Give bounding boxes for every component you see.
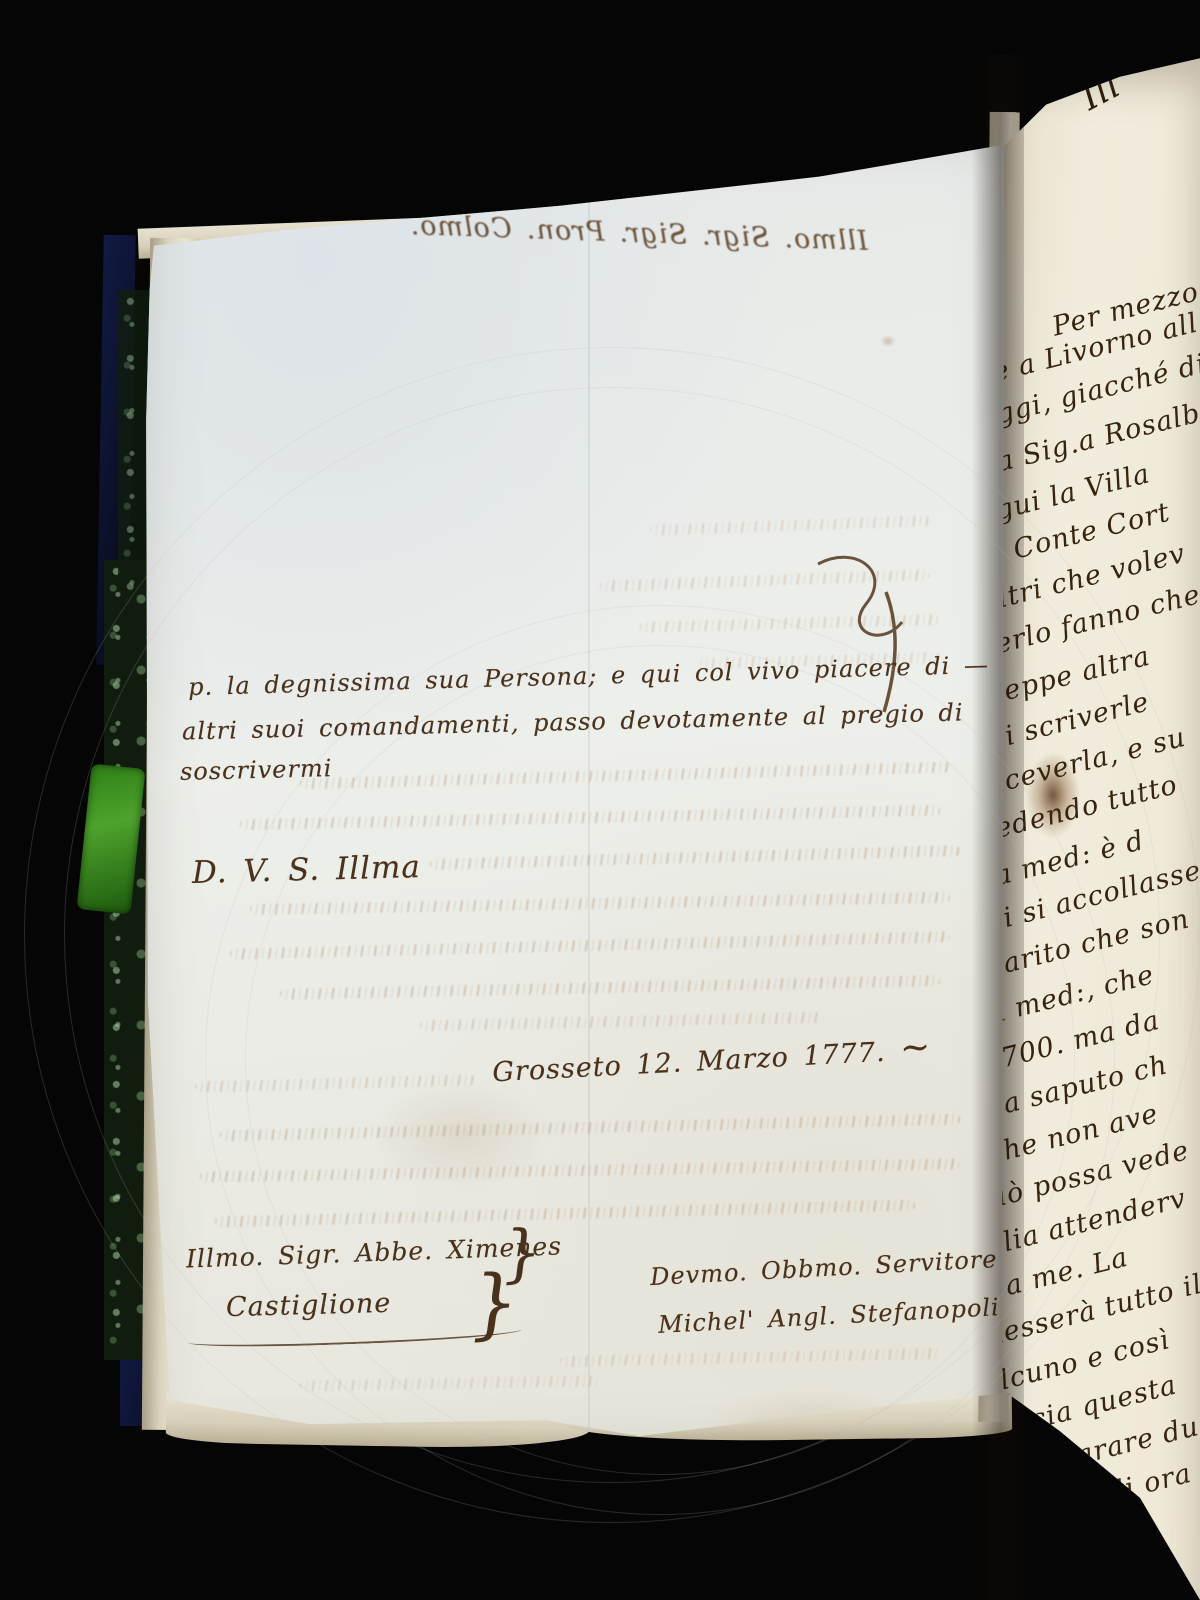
bleedthrough-header: Illmo. Sigr. Sigr. Pron. Colmo.: [410, 210, 869, 257]
foxing-spot: [880, 335, 896, 347]
bleedthrough-line: [280, 975, 940, 1000]
bleedthrough-line: [300, 1375, 600, 1391]
bleedthrough-line: [560, 1348, 940, 1367]
right-corner-fragment: Ill: [1075, 65, 1127, 118]
bleedthrough-line: [250, 892, 950, 915]
bleedthrough-line: [650, 515, 930, 536]
bleedthrough-line: [200, 1158, 960, 1182]
dateline-text: Grosseto 12. Marzo 1777.: [492, 1037, 887, 1089]
right-page: Ill Per mezzo di e a Livorno all oggi, g…: [998, 52, 1200, 1600]
bleedthrough-line: [420, 1012, 820, 1031]
bleedthrough-line: [300, 761, 950, 789]
bleedthrough-line: [430, 845, 960, 870]
bleedthrough-line: [230, 931, 950, 960]
bleedthrough-line: [240, 805, 940, 831]
address-brace: }: [468, 1257, 522, 1348]
photograph-of-manuscript: Illmo. Sigr. Sigr. Pron. Colmo. p. la de…: [0, 0, 1200, 1600]
address-line: Castiglione: [226, 1288, 392, 1323]
salutation: D. V. S. Illma: [192, 849, 422, 891]
date-flourish: ~: [899, 1027, 927, 1069]
body-line: altri suoi comandamenti, passo devotamen…: [182, 698, 964, 745]
closing-line: Devmo. Obbmo. Servitore: [650, 1245, 999, 1291]
bleedthrough-line: [220, 1114, 960, 1142]
right-page-line: inacendoli ora: [984, 1458, 1195, 1539]
closing-line: Michel' Angl. Stefanopoli: [658, 1293, 1001, 1339]
left-page: Illmo. Sigr. Sigr. Pron. Colmo. p. la de…: [140, 130, 1015, 1460]
ink-scribble: [790, 550, 940, 720]
body-line: soscrivermi: [180, 754, 333, 786]
dateline: Grosseto 12. Marzo 1777. ~: [491, 1027, 927, 1091]
bleedthrough-line: [195, 1074, 475, 1092]
bleedthrough-line: [215, 1199, 915, 1227]
